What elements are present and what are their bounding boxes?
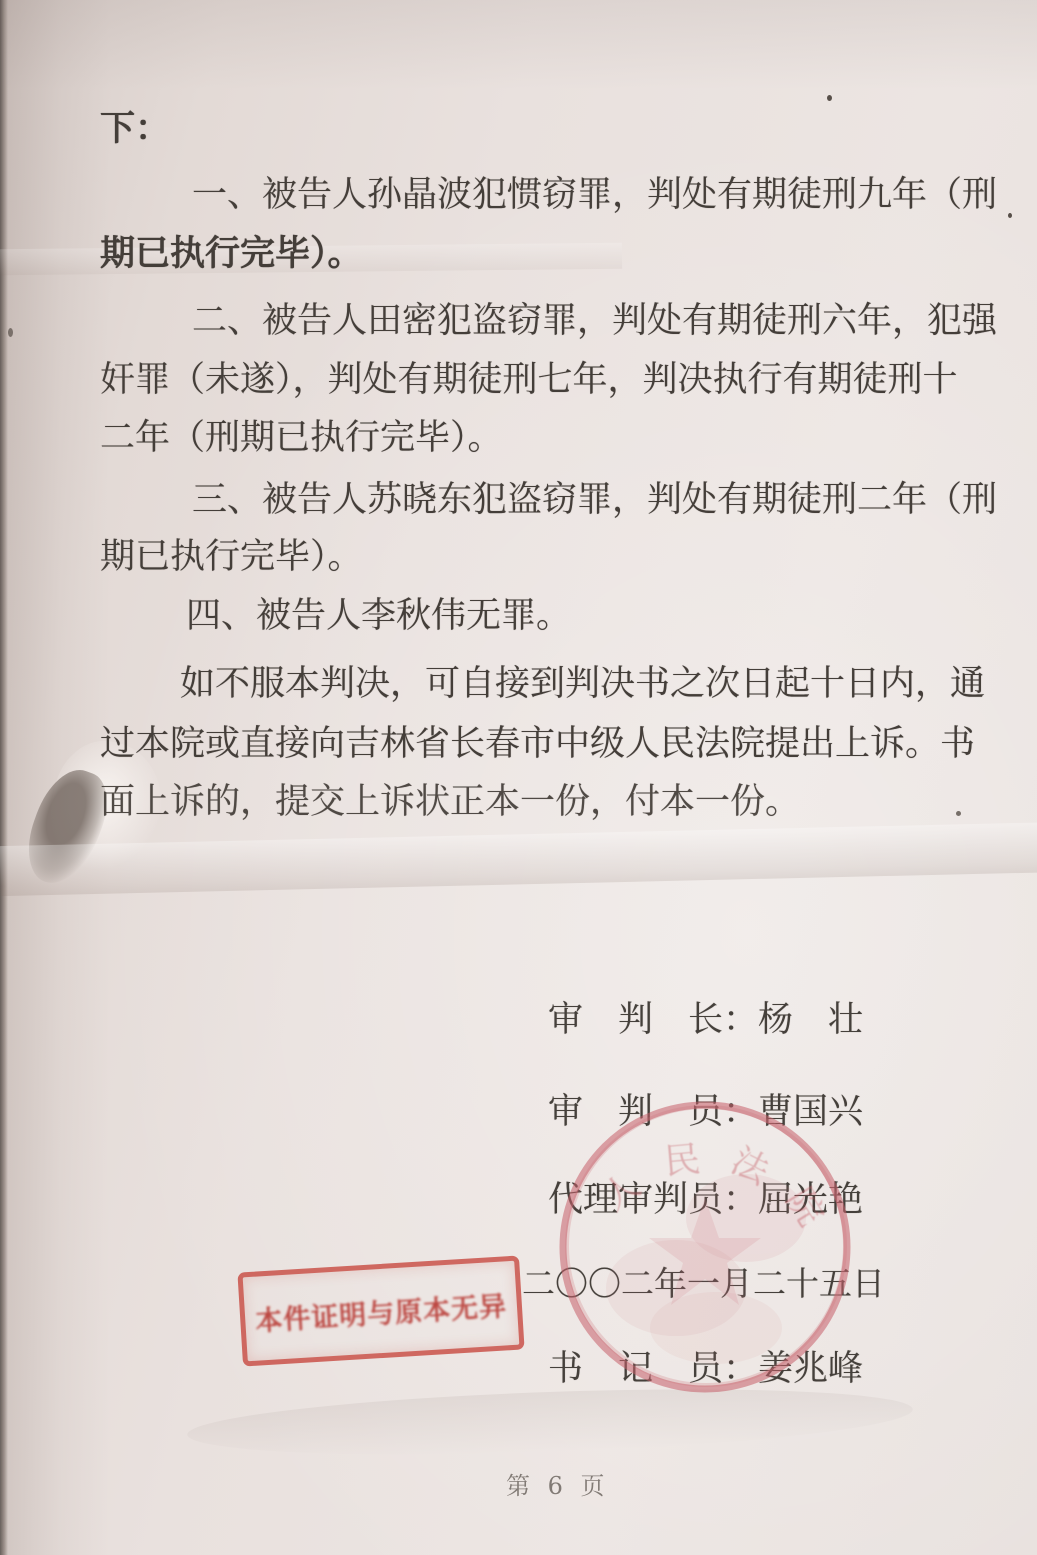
ink-speck	[956, 811, 961, 816]
verdict-3-line-1: 三、被告人苏晓东犯盗窃罪，判处有期徒刑二年（刑	[192, 472, 997, 522]
ink-speck	[1008, 213, 1012, 218]
opening-line: 下：	[100, 101, 170, 151]
appeal-line-2: 过本院或直接向吉林省长春市中级人民法院提出上诉。书	[100, 716, 975, 766]
scan-edge-line	[0, 0, 8, 1555]
verdict-2-line-1: 二、被告人田密犯盗窃罪，判处有期徒刑六年，犯强	[192, 293, 997, 343]
certification-stamp: 本件证明与原本无异	[237, 1255, 524, 1366]
appeal-line-1: 如不服本判决，可自接到判决书之次日起十日内，通	[180, 656, 985, 706]
scanned-judgment-page: 下： 一、被告人孙晶波犯惯窃罪，判处有期徒刑九年（刑 期已执行完毕）。 二、被告…	[0, 0, 1037, 1555]
verdict-2-line-2: 奸罪（未遂），判处有期徒刑七年，判决执行有期徒刑十	[100, 352, 958, 402]
signature-presiding-judge: 审 判 长：杨 壮	[548, 992, 863, 1042]
ink-speck	[827, 95, 832, 101]
verdict-4-line: 四、被告人李秋伟无罪。	[186, 588, 571, 638]
certification-stamp-text: 本件证明与原本无异	[254, 1284, 508, 1338]
verdict-2-line-3: 二年（刑期已执行完毕）。	[100, 410, 503, 460]
verdict-1-line-1: 一、被告人孙晶波犯惯窃罪，判处有期徒刑九年（刑	[192, 167, 997, 217]
ink-speck	[8, 328, 13, 337]
court-round-seal: 人民法院	[556, 1098, 854, 1396]
verdict-1-line-2: 期已执行完毕）。	[100, 226, 363, 276]
page-number: 第 6 页	[506, 1466, 610, 1501]
verdict-3-line-2: 期已执行完毕）。	[100, 529, 363, 579]
appeal-line-3: 面上诉的，提交上诉状正本一份，付本一份。	[100, 774, 800, 824]
top-shading	[0, 0, 1037, 90]
